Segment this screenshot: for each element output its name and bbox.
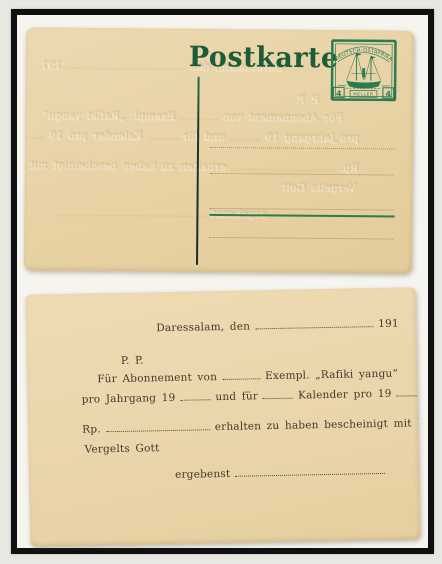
form-line-4: pro Jahrgang 19und fürKalender pro 19 xyxy=(81,385,417,407)
form-text: Kalender pro 19 xyxy=(49,130,143,143)
form-text: Vergelts Gott xyxy=(84,442,159,455)
back-postcard: Daressalam, den191P. P.Für Abonnement vo… xyxy=(26,287,421,546)
form-text: Rp. xyxy=(340,162,359,174)
receipt-form: Daressalam, den191P. P.Für Abonnement vo… xyxy=(26,287,421,546)
address-dotted-line xyxy=(209,208,393,211)
dotted-blank xyxy=(148,136,178,139)
form-text: und für xyxy=(215,390,258,403)
form-text: pro Jahrgang 19 xyxy=(265,131,359,144)
card-title: Postkarte xyxy=(189,41,319,74)
stamp-graphic: DEUTSCH-OSTAFRIKA 4 4 HELLER xyxy=(330,39,397,102)
form-text: Rp. xyxy=(82,423,101,435)
address-dotted-line xyxy=(210,173,394,176)
dotted-blank xyxy=(230,137,260,140)
form-text: und für xyxy=(183,131,226,143)
dotted-blank xyxy=(56,213,206,217)
stamp-value-left: 4 xyxy=(336,89,341,98)
stamp-value-right: 4 xyxy=(386,89,391,98)
form-line-3: Für Abonnement vonExempl. „Rafiki yangu“ xyxy=(25,107,343,126)
form-text: Kalender pro 19 xyxy=(298,388,392,402)
photo-frame: Daressalam, den191P. P.Für Abonnement vo… xyxy=(11,9,434,554)
form-text: Daressalam, den xyxy=(156,320,250,334)
form-line-4: pro Jahrgang 19und fürKalender pro 19 xyxy=(25,127,359,146)
dotted-blank xyxy=(397,393,421,397)
form-line-6: Vergelts Gott xyxy=(84,435,418,457)
dotted-blank xyxy=(24,135,44,138)
front-postcard: Daressalam, den191P. P.Für Abonnement vo… xyxy=(24,27,414,273)
form-text: P. P. xyxy=(297,94,320,106)
form-line-2: P. P. xyxy=(25,89,319,108)
divider-line xyxy=(196,77,199,265)
form-text: 191 xyxy=(378,318,399,330)
dotted-blank xyxy=(180,397,210,401)
form-text: Vergelts Gott xyxy=(282,182,357,195)
dotted-blank xyxy=(263,396,293,400)
dotted-blank xyxy=(255,324,373,329)
postage-stamp: DEUTSCH-OSTAFRIKA 4 4 HELLER xyxy=(330,39,397,102)
dotted-blank xyxy=(235,471,385,477)
stamp-ship-icon xyxy=(346,53,381,89)
form-text: Exempl. „Rafiki yangu“ xyxy=(42,109,175,122)
form-text: pro Jahrgang 19 xyxy=(82,392,176,406)
dotted-blank xyxy=(231,167,335,171)
form-text: erhalten zu haben bescheinigt mit herzl. xyxy=(215,417,421,433)
form-text: Für Abonnement von xyxy=(223,111,343,124)
form-text: P. P. xyxy=(121,355,144,367)
address-dotted-line xyxy=(209,237,393,240)
svg-text:DEUTSCH-OSTAFRIKA: DEUTSCH-OSTAFRIKA xyxy=(334,47,394,63)
form-text: Für Abonnement von xyxy=(97,371,217,385)
form-line-7: ergebenst xyxy=(175,462,419,483)
form-line-3: Für Abonnement vonExempl. „Rafiki yangu“ xyxy=(97,365,417,387)
form-text: Exempl. „Rafiki yangu“ xyxy=(265,368,398,383)
dotted-blank xyxy=(222,376,260,380)
address-dotted-line xyxy=(210,147,394,150)
form-line-1: Daressalam, den191 xyxy=(156,315,416,336)
form-text: ergebenst xyxy=(175,468,231,481)
stamp-currency-text: HELLER xyxy=(353,92,373,98)
form-line-6: Vergelts Gott xyxy=(25,177,357,196)
sender-rule-line xyxy=(209,214,394,218)
form-text: 191 xyxy=(41,59,62,71)
dotted-blank xyxy=(67,66,185,70)
dotted-blank xyxy=(106,427,210,432)
form-line-5: Rp.erhalten zu haben bescheinigt mit her… xyxy=(82,415,418,437)
scanned-postcard-photo: Daressalam, den191P. P.Für Abonnement vo… xyxy=(0,0,442,564)
dotted-blank xyxy=(180,117,218,120)
stamp-country-text: DEUTSCH-OSTAFRIKA xyxy=(334,47,394,63)
